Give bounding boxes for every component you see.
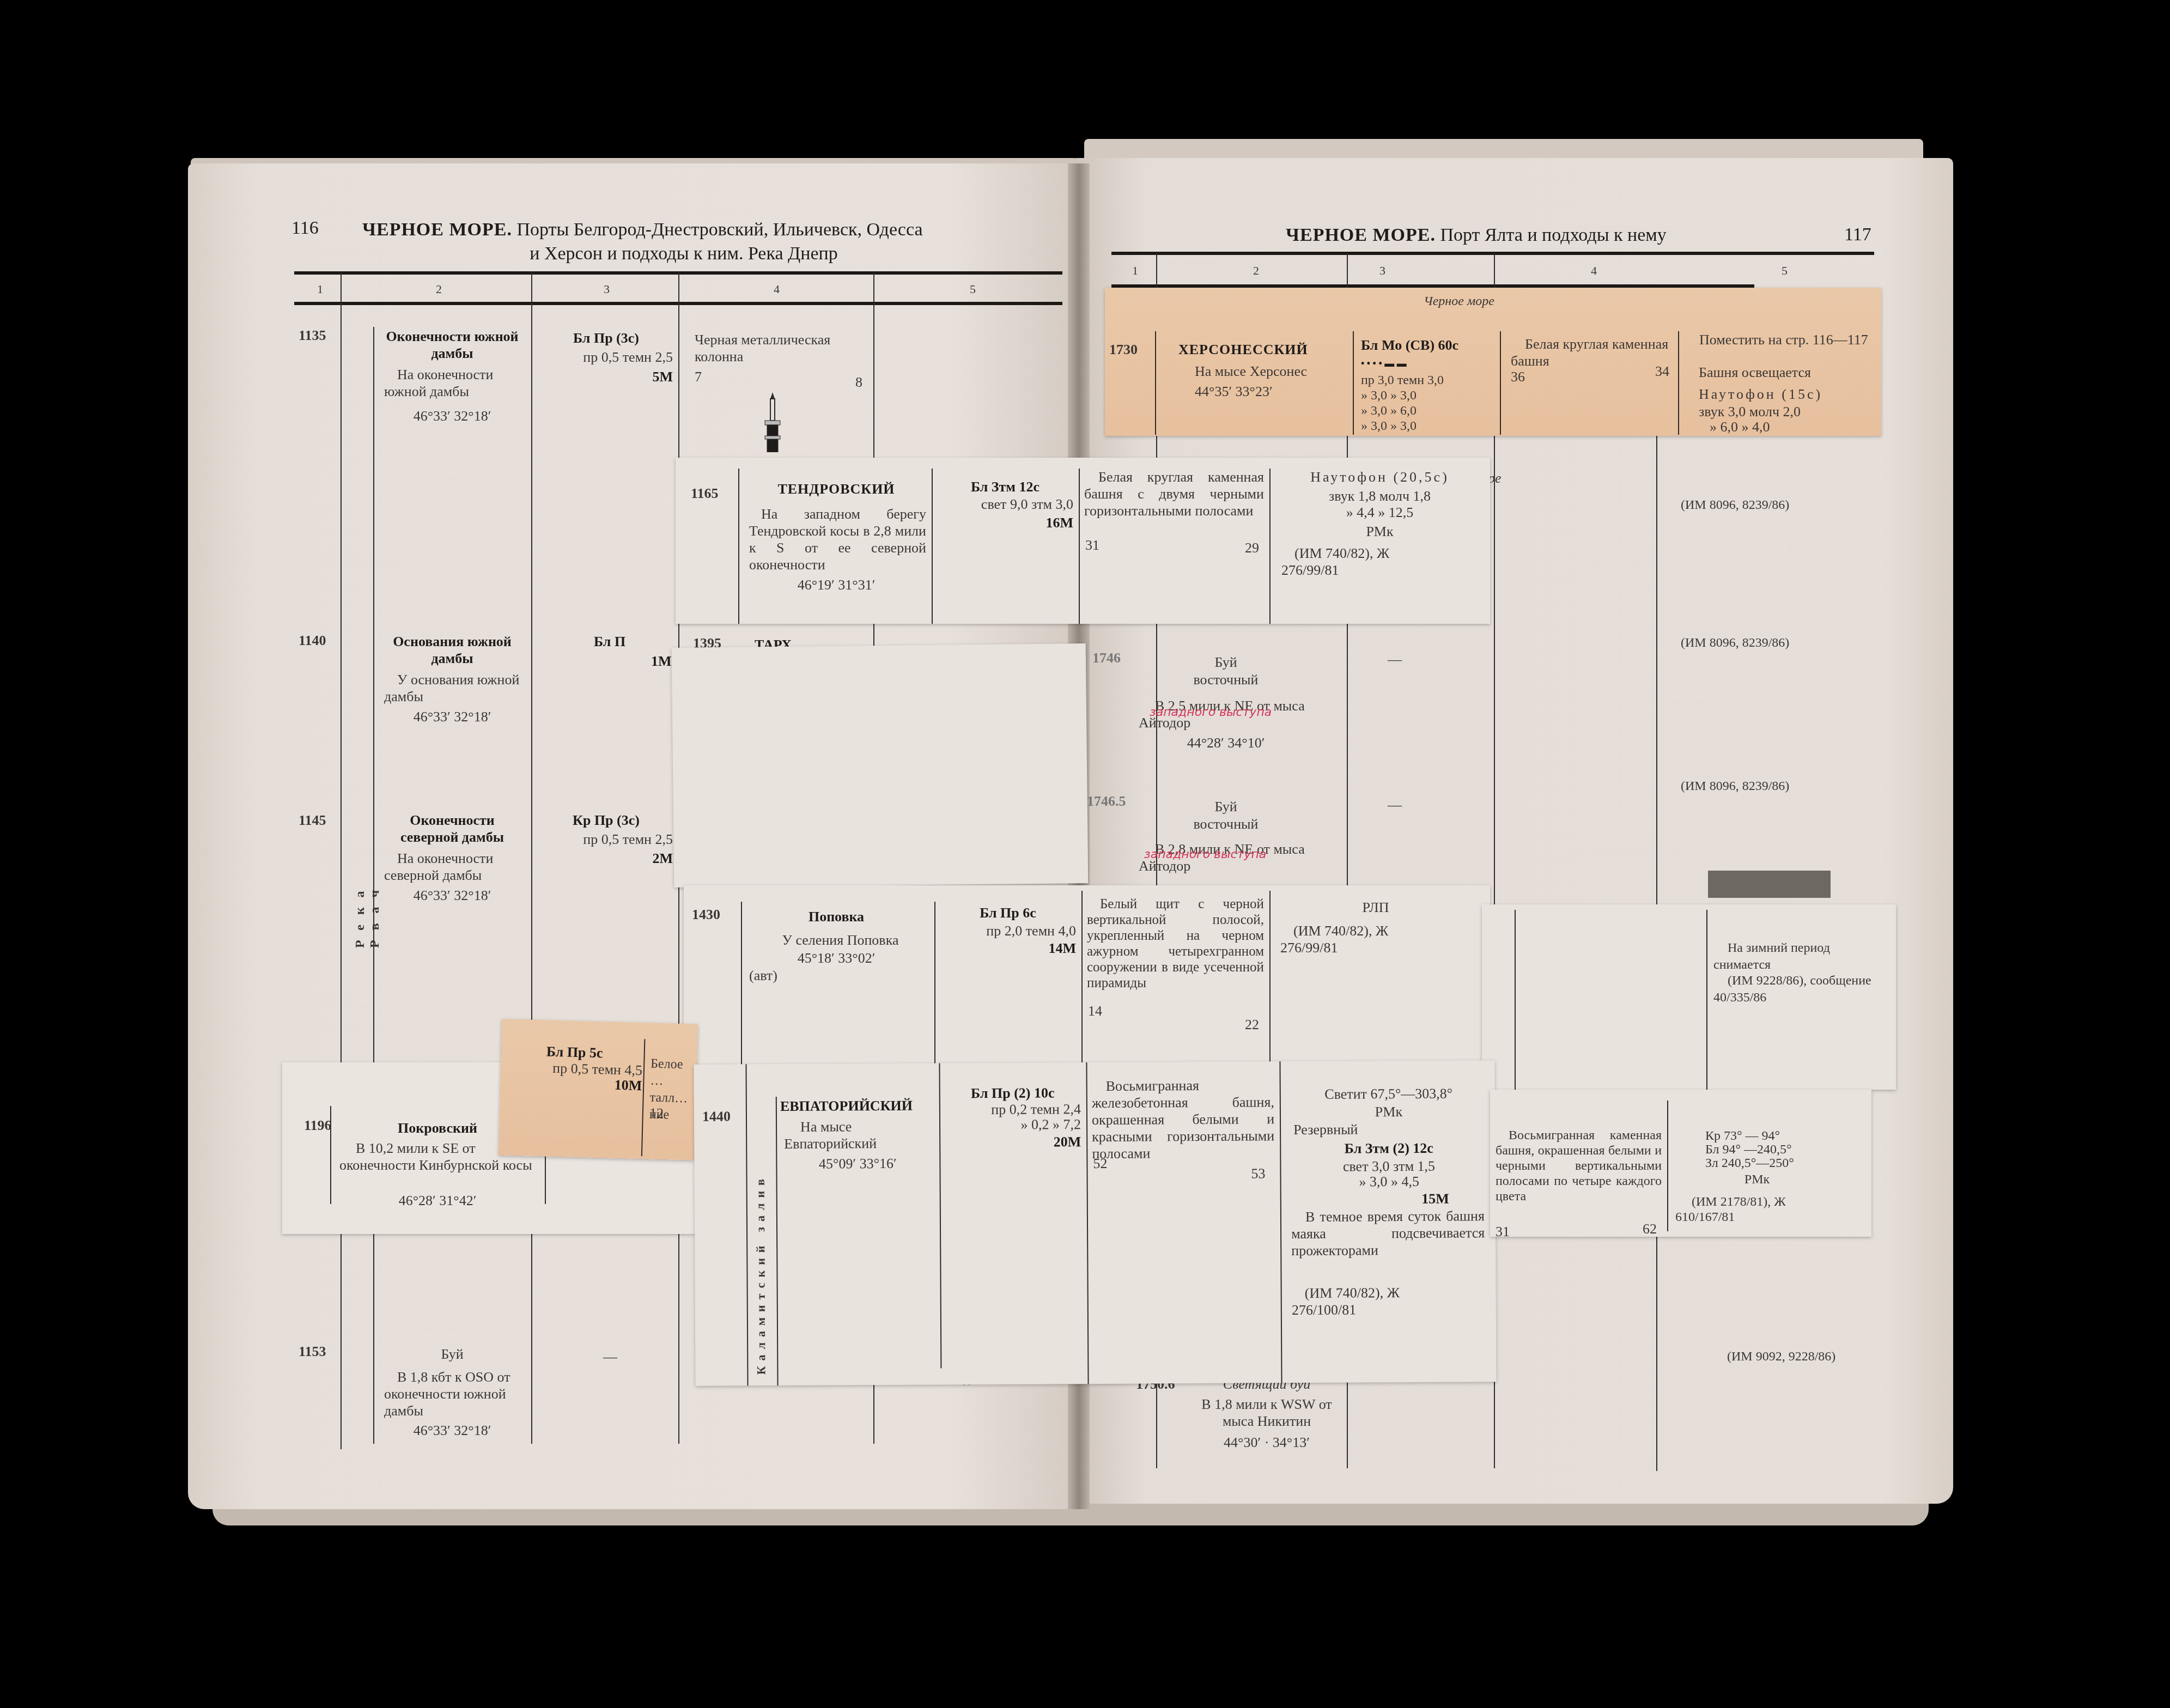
evpatoriysky-name: ЕВПАТОРИЙСКИЙ [780, 1097, 913, 1115]
popovka-light: Бл Пр 6с [940, 904, 1076, 921]
entry-1750-6-location: В 1,8 мили к WSW от мыса Никитин [1188, 1396, 1346, 1430]
entry-1145-number: 1145 [299, 812, 326, 829]
tendrovsky-range: 16М [937, 514, 1073, 531]
popovka-height-2: 22 [1245, 1016, 1259, 1033]
popovka-location: У селения Поповка [746, 932, 934, 949]
left-divider-1 [341, 272, 342, 1449]
entry-1140-coords: 46°33′ 32°18′ [381, 708, 523, 725]
right-title-rest: Порт Ялта и подходы к нему [1440, 225, 1666, 245]
left-divider-2 [531, 272, 532, 1444]
clip-divider [1678, 331, 1679, 435]
evpatoriysky-reserve-light: Бл Зтм (2) 12с [1285, 1139, 1492, 1157]
evpatoriysky-structure: Восьмигранная железобетонная башня, окра… [1092, 1077, 1275, 1162]
tendrovsky-refs: (ИМ 740/82), Ж 276/99/81 [1281, 545, 1423, 579]
clipping-winter-note: На зимний период снимается (ИМ 9228/86),… [1482, 904, 1896, 1090]
clip-divider [1706, 910, 1707, 1090]
remark-im-8096-2: (ИМ 8096, 8239/86) [1681, 635, 1789, 652]
clip-divider [738, 469, 739, 624]
left-title-line1: Порты Белгород-Днестровский, Ильичевск, … [516, 220, 922, 240]
evpatoriysky-period-2: » 0,2 » 7,2 [945, 1116, 1081, 1133]
entry-1746-name: Буй [1133, 654, 1318, 671]
octagonal-sector-3: Зл 240,5°—250° [1705, 1155, 1794, 1172]
clip-divider [1500, 331, 1501, 435]
clip-divider [1667, 1101, 1668, 1231]
popovka-refs: (ИМ 740/82), Ж 276/99/81 [1280, 922, 1422, 956]
left-col-3: 3 [604, 282, 610, 296]
entry-1140-location: У основания южной дамбы [384, 671, 526, 705]
tendrovsky-radio: РМк [1275, 523, 1485, 540]
clip-divider [1079, 469, 1080, 624]
entry-1145-location: На оконечности северной дамбы [384, 850, 526, 884]
entry-1153-coords: 46°33′ 32°18′ [381, 1422, 523, 1439]
evpatoriysky-number: 1440 [702, 1108, 731, 1125]
right-page-number: 117 [1844, 224, 1871, 245]
lighthouse-column-icon [763, 392, 782, 452]
entry-1135-name: Оконечности южной дамбы [381, 328, 523, 362]
tendrovsky-period: свет 9,0 зтм 3,0 [937, 496, 1073, 513]
octagonal-height-2: 62 [1643, 1220, 1657, 1237]
winter-note-refs: (ИМ 9228/86), сообщение 40/335/86 [1713, 972, 1888, 1006]
evpatoriysky-reserve-line-2: » 3,0 » 4,5 [1286, 1172, 1493, 1190]
entry-1153-light: — [578, 1348, 643, 1365]
clipping-khersonessky: Черное море 1730 ХЕРСОНЕССКИЙ На мысе Хе… [1105, 288, 1881, 436]
entry-1135-structure: Черная металлическая колонна [695, 331, 864, 365]
evpatoriysky-height-2: 53 [1251, 1165, 1265, 1182]
small-tan-height: 12 [649, 1104, 664, 1122]
khersonessky-height-2: 34 [1655, 363, 1669, 380]
left-col-4: 4 [774, 282, 780, 296]
khersonessky-light: Бл Мо (СВ) 60с [1361, 337, 1458, 354]
tendrovsky-name: ТЕНДРОВСКИЙ [746, 481, 926, 497]
clip-divider [1279, 1061, 1282, 1383]
section-black-sea: Черное море [1377, 293, 1541, 310]
entry-1196-number: 1196 [304, 1117, 332, 1134]
khersonessky-period-2: » 3,0 » 3,0 [1361, 387, 1417, 404]
clip-divider [934, 902, 935, 1065]
entry-1140-number: 1140 [299, 632, 326, 649]
entry-1145-range: 2М [539, 850, 673, 867]
clipping-small-tan: Бл Пр 5с пр 0,5 темн 4,5 10М Белое … тал… [499, 1019, 698, 1160]
popovka-coords: 45°18′ 33°02′ [746, 950, 926, 967]
clipping-popovka: 1430 Поповка У селения Поповка 45°18′ 33… [684, 885, 1490, 1065]
blank-pasted-sheet [672, 643, 1089, 888]
evpatoriysky-reserve-range: 15М [1286, 1190, 1449, 1208]
entry-1153-name: Буй [381, 1346, 523, 1363]
entry-1135-range: 5М [539, 368, 673, 385]
clip-divider [1155, 331, 1156, 435]
khersonessky-fog-line-2: » 6,0 » 4,0 [1710, 418, 1770, 435]
entry-1145-name: Оконечности северной дамбы [381, 812, 523, 846]
khersonessky-note-tower: Башня освещается [1699, 364, 1811, 381]
entry-1153-number: 1153 [299, 1343, 326, 1360]
side-label-kalamitsky-bay: Каламитский залив [753, 1102, 769, 1375]
entry-1746-handwritten-note: западного выступа [1150, 704, 1272, 721]
khersonessky-fog-signal: Наутофон (15с) [1699, 386, 1822, 403]
clipping-evpatoriysky: Каламитский залив 1440 ЕВПАТОРИЙСКИЙ На … [694, 1060, 1496, 1386]
clip-divider [1269, 469, 1271, 624]
khersonessky-note-place: Поместить на стр. 116—117 [1685, 331, 1876, 348]
winter-note-text: На зимний период снимается [1713, 940, 1888, 974]
entry-1746-subtitle: восточный [1133, 671, 1318, 688]
evpatoriysky-light: Бл Пр (2) 10с [945, 1084, 1081, 1102]
entry-1145-light: Кр Пр (3с) [539, 812, 673, 829]
khersonessky-period-1: пр 3,0 темн 3,0 [1361, 372, 1444, 389]
tendrovsky-fog-signal: Наутофон (20,5с) [1275, 469, 1485, 485]
evpatoriysky-note: В темное время суток башня маяка подсвеч… [1291, 1207, 1485, 1259]
entry-1746-5-subtitle: восточный [1133, 816, 1318, 832]
entry-1750-6-coords: 44°30′ · 34°13′ [1188, 1434, 1346, 1451]
khersonessky-period-3: » 3,0 » 6,0 [1361, 403, 1417, 420]
clip-divider [1269, 891, 1271, 1065]
right-page-title: ЧЕРНОЕ МОРЕ. Порт Ялта и подходы к нему [1286, 223, 1776, 247]
entry-1140-range: 1М [651, 653, 672, 670]
tendrovsky-number: 1165 [691, 485, 719, 502]
evpatoriysky-sector: Светит 67,5°—303,8° [1285, 1085, 1492, 1103]
evpatoriysky-location: На мысе Евпаторийский [784, 1118, 931, 1152]
side-label-reka-rvach: Река Рвач [353, 806, 382, 948]
octagonal-radio: РМк [1675, 1171, 1839, 1188]
entry-1135-light: Бл Пр (3с) [539, 330, 673, 347]
clipping-octagonal-tower: Восьмигранная каменная башня, окрашенная… [1490, 1090, 1871, 1237]
right-col-2: 2 [1253, 264, 1259, 278]
right-col-1: 1 [1132, 264, 1138, 278]
entry-1135-number: 1135 [299, 327, 326, 344]
clip-divider [1086, 1062, 1089, 1384]
popovka-auto: (авт) [749, 967, 777, 984]
entry-1135-height-2: 8 [855, 374, 862, 391]
remark-im-8096-1: (ИМ 8096, 8239/86) [1681, 497, 1789, 514]
khersonessky-morse: • • • • ▬ ▬ [1361, 355, 1407, 372]
right-title-bold: ЧЕРНОЕ МОРЕ. [1286, 225, 1436, 245]
remark-im-9092: (ИМ 9092, 9228/86) [1727, 1348, 1835, 1365]
khersonessky-location: На мысе Херсонес [1195, 363, 1307, 380]
octagonal-refs: (ИМ 2178/81), Ж 610/167/81 [1675, 1194, 1806, 1225]
popovka-range: 14М [940, 940, 1076, 957]
left-col-1: 1 [317, 282, 323, 296]
entry-1746-5-name: Буй [1133, 798, 1318, 815]
entry-1140-light: Бл П [594, 633, 625, 650]
entry-1135-coords: 46°33′ 32°18′ [381, 408, 523, 424]
entry-1145-period: пр 0,5 темн 2,5 [539, 831, 673, 848]
popovka-structure: Белый щит с черной вертикальной полосой,… [1087, 896, 1264, 991]
clip-divider [776, 1097, 779, 1385]
khersonessky-period-4: » 3,0 » 3,0 [1361, 418, 1417, 435]
clip-divider [1515, 910, 1516, 1090]
left-col-5: 5 [970, 282, 976, 296]
khersonessky-coords: 44°35′ 33°23′ [1195, 383, 1273, 400]
evpatoriysky-reserve: Резервный [1293, 1121, 1358, 1138]
entry-1145-coords: 46°33′ 32°18′ [381, 887, 523, 904]
left-page-title: ЧЕРНОЕ МОРЕ. Порты Белгород-Днестровский… [362, 218, 1005, 242]
evpatoriysky-range: 20М [945, 1133, 1081, 1151]
entry-1135-period: пр 0,5 темн 2,5 [539, 349, 673, 366]
khersonessky-name: ХЕРСОНЕССКИЙ [1178, 341, 1308, 358]
left-col-2: 2 [436, 282, 442, 296]
right-header-rule-top [1111, 252, 1874, 255]
clip-divider [741, 902, 742, 1065]
khersonessky-fog-line-1: звук 3,0 молч 2,0 [1699, 403, 1801, 420]
popovka-height-1: 14 [1088, 1002, 1102, 1019]
tendrovsky-location: На западном берегу Тендровской косы в 2,… [749, 506, 926, 573]
evpatoriysky-height-1: 52 [1093, 1155, 1107, 1172]
clip-divider [1353, 331, 1354, 435]
khersonessky-structure: Белая круглая каменная башня [1511, 336, 1671, 369]
clip-divider [641, 1039, 646, 1156]
entry-1746-5-light: — [1362, 797, 1427, 813]
evpatoriysky-refs: (ИМ 740/82), Ж 276/100/81 [1292, 1284, 1433, 1318]
entry-1746-5-number: 1746.5 [1087, 793, 1126, 810]
tendrovsky-structure: Белая круглая каменная башня с двумя чер… [1084, 469, 1264, 519]
popovka-period: пр 2,0 темн 4,0 [940, 922, 1076, 939]
entry-1135-location: На оконечности южной дамбы [384, 366, 526, 400]
left-page-subtitle: и Херсон и подходы к ним. Река Днепр [362, 242, 1005, 266]
clip-divider [939, 1063, 941, 1368]
popovka-name: Поповка [746, 908, 926, 925]
entry-1746-coords: 44°28′ 34°10′ [1133, 734, 1318, 751]
tendrovsky-fog-line-1: звук 1,8 молч 1,8 [1275, 488, 1485, 505]
tendrovsky-height-1: 31 [1085, 537, 1099, 554]
tendrovsky-height-2: 29 [1245, 539, 1259, 556]
khersonessky-height-1: 36 [1511, 368, 1525, 385]
small-tan-range: 10М [506, 1074, 642, 1095]
tendrovsky-light: Бл Зтм 12с [937, 478, 1073, 495]
tendrovsky-coords: 46°19′ 31°31′ [746, 576, 926, 593]
entry-1140-name: Основания южной дамбы [381, 633, 523, 667]
right-col-5: 5 [1782, 264, 1788, 278]
evpatoriysky-radio: РМк [1285, 1103, 1492, 1121]
right-col-3: 3 [1379, 264, 1385, 278]
khersonessky-number: 1730 [1109, 341, 1138, 358]
clip-divider [932, 469, 933, 624]
book-page-stack-right [1084, 139, 1923, 161]
clipping-tendrovsky: 1165 ТЕНДРОВСКИЙ На западном берегу Тенд… [676, 458, 1490, 624]
printed-image-fragment [1708, 871, 1831, 898]
entry-1153-location: В 1,8 кбт к OSO от оконечности южной дам… [384, 1369, 526, 1419]
popovka-radio: РЛП [1275, 899, 1476, 916]
octagonal-structure: Восьмигранная каменная башня, окрашенная… [1496, 1128, 1662, 1204]
popovka-number: 1430 [692, 906, 720, 923]
entry-1746-number: 1746 [1092, 649, 1121, 666]
clip-divider [745, 1064, 748, 1385]
right-col-4: 4 [1591, 264, 1597, 278]
left-page-number: 116 [291, 218, 319, 239]
entry-1135-height-1: 7 [695, 368, 702, 385]
clip-divider [1081, 891, 1083, 1065]
remark-im-8096-3: (ИМ 8096, 8239/86) [1681, 778, 1789, 795]
entry-1746-5-handwritten-note: западного выступа [1144, 846, 1266, 863]
tendrovsky-fog-line-2: » 4,4 » 12,5 [1275, 504, 1485, 521]
entry-1746-light: — [1362, 651, 1427, 668]
evpatoriysky-coords: 45°09′ 33°16′ [781, 1155, 934, 1172]
entry-1196-coords: 46°28′ 31°42′ [334, 1192, 541, 1209]
left-title-bold: ЧЕРНОЕ МОРЕ. [362, 220, 512, 240]
octagonal-height-1: 31 [1496, 1223, 1510, 1240]
